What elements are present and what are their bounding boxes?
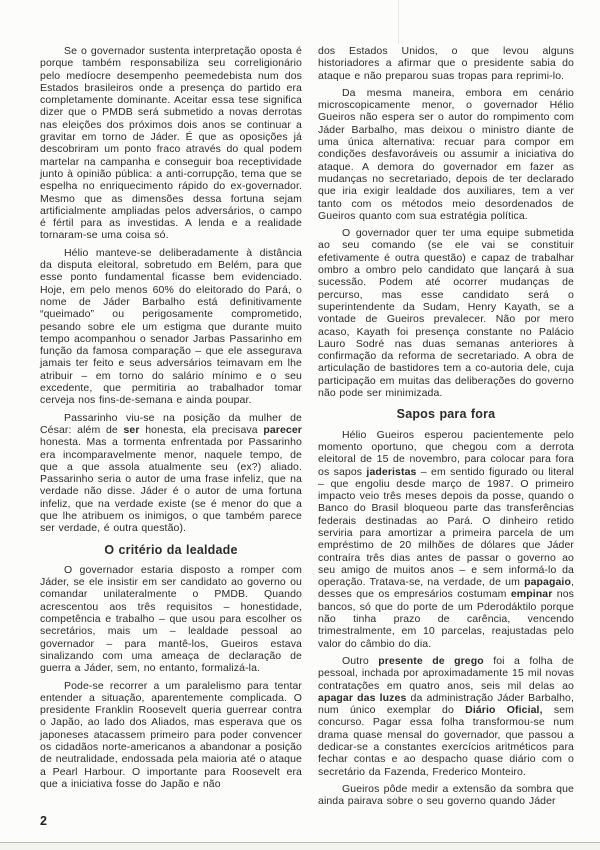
section-heading: O critério da lealdade [40, 544, 302, 556]
bold-text: papagaio [524, 576, 571, 588]
body-text: honesta. Mas a tormenta enfrentada por P… [40, 436, 302, 534]
body-text: Da mesma maneira, embora em cenário micr… [318, 87, 574, 222]
paragraph: Hélio manteve-se deliberadamente à distâ… [40, 247, 302, 407]
body-text: – em sentido figurado ou literal – que e… [318, 466, 574, 589]
bold-text: presente de grego [378, 655, 484, 667]
paragraph: Se o governador sustenta interpretação o… [40, 45, 302, 242]
paragraph: Pode-se recorrer a um paralelismo para t… [40, 680, 302, 791]
bold-text: ser [123, 424, 139, 436]
bold-text: parecer [263, 424, 302, 436]
paragraph: Outro presente de grego foi a folha de p… [318, 655, 574, 778]
paragraph: O governador estaria disposto a romper c… [40, 564, 302, 675]
body-text: honesta, ela precisava [140, 424, 264, 436]
body-text: O governador quer ter uma equipe submeti… [318, 227, 574, 399]
body-text: dos Estados Unidos, o que levou alguns h… [318, 45, 574, 82]
body-text: Pode-se recorrer a um paralelismo para t… [40, 680, 302, 790]
body-text: O governador estaria disposto a romper c… [40, 564, 302, 674]
paragraph: Hélio Gueiros esperou pacientemente pelo… [318, 429, 574, 650]
paragraph: O governador quer ter uma equipe submeti… [318, 227, 574, 399]
page-number: 2 [40, 814, 47, 828]
body-text: Outro [342, 655, 378, 667]
paragraph: Passarinho viu-se na posição da mulher d… [40, 412, 302, 535]
document-page: Se o governador sustenta interpretação o… [0, 0, 600, 850]
scan-fold-artifact [398, 0, 399, 44]
paragraph: Gueiros pôde medir a extensão da sombra … [318, 783, 574, 808]
paragraph: Da mesma maneira, embora em cenário micr… [318, 87, 574, 222]
bold-text: apagar das luzes [318, 692, 406, 704]
bold-text: Diário Oficial, [465, 704, 542, 716]
page-bottom-edge-line [0, 842, 600, 850]
body-text: Se o governador sustenta interpretação o… [40, 45, 302, 241]
paragraph: dos Estados Unidos, o que levou alguns h… [318, 45, 574, 82]
body-text: Gueiros pôde medir a extensão da sombra … [318, 783, 574, 807]
left-column: Se o governador sustenta interpretação o… [40, 45, 302, 795]
bold-text: empinar [511, 588, 553, 600]
bold-text: jaderistas [366, 466, 416, 478]
body-text: Hélio manteve-se deliberadamente à distâ… [40, 247, 302, 407]
right-column: dos Estados Unidos, o que levou alguns h… [318, 45, 574, 813]
section-heading: Sapos para fora [318, 408, 574, 420]
